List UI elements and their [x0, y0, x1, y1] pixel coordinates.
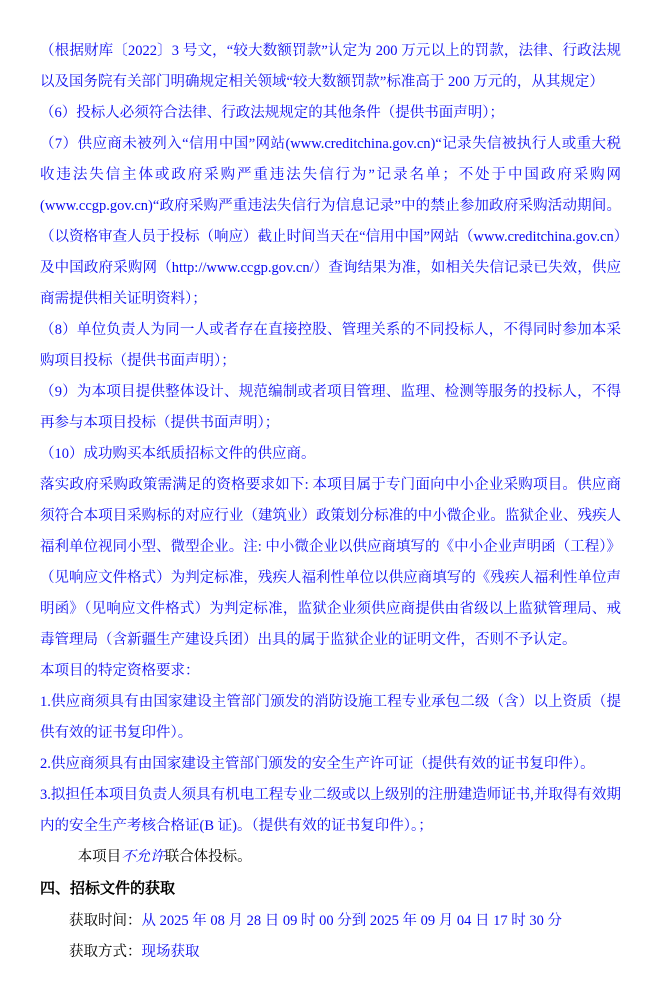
- joint-bid-statement: 本项目不允许联合体投标。: [40, 842, 621, 873]
- joint-bid-prefix: 本项目: [78, 849, 122, 865]
- acquisition-method-value: 现场获取: [142, 944, 200, 960]
- clause-6-other-conditions: （6）投标人必须符合法律、行政法规规定的其他条件（提供书面声明）；: [40, 98, 621, 129]
- joint-bid-not-allowed-emphasis: 不允许: [121, 849, 165, 865]
- requirement-2-safety-production-license: 2.供应商须具有由国家建设主管部门颁发的安全生产许可证（提供有效的证书复印件）。: [40, 749, 621, 780]
- requirement-3-project-manager-certificate: 3.拟担任本项目负责人须具有机电工程专业二级或以上级别的注册建造师证书,并取得有…: [40, 780, 621, 842]
- clause-10-purchased-documents: （10）成功购买本纸质招标文件的供应商。: [40, 439, 621, 470]
- clause-8-same-legal-person: （8）单位负责人为同一人或者存在直接控股、管理关系的不同投标人，不得同时参加本采…: [40, 315, 621, 377]
- paragraph-specific-qualification-title: 本项目的特定资格要求：: [40, 656, 621, 687]
- acquisition-time-value: 从 2025 年 08 月 28 日 09 时 00 分到 2025 年 09 …: [142, 913, 563, 929]
- acquisition-time-line: 获取时间：从 2025 年 08 月 28 日 09 时 00 分到 2025 …: [40, 906, 621, 937]
- paragraph-procurement-policy-requirements: 落实政府采购政策需满足的资格要求如下: 本项目属于专门面向中小企业采购项目。供应…: [40, 470, 621, 656]
- clause-7-credit-china-record: （7）供应商未被列入“信用中国”网站(www.creditchina.gov.c…: [40, 129, 621, 315]
- requirement-1-fire-facility-qualification: 1.供应商须具有由国家建设主管部门颁发的消防设施工程专业承包二级（含）以上资质（…: [40, 687, 621, 749]
- acquisition-time-label: 获取时间：: [69, 913, 142, 929]
- document-page: （根据财库〔2022〕3 号文，“较大数额罚款”认定为 200 万元以上的罚款，…: [0, 0, 657, 986]
- section-heading-document-acquisition: 四、招标文件的获取: [40, 873, 621, 905]
- acquisition-method-label: 获取方式：: [69, 944, 142, 960]
- clause-9-design-supervision-services: （9）为本项目提供整体设计、规范编制或者项目管理、监理、检测等服务的投标人，不得…: [40, 377, 621, 439]
- acquisition-method-line: 获取方式：现场获取: [40, 937, 621, 968]
- paragraph-penalty-definition-note: （根据财库〔2022〕3 号文，“较大数额罚款”认定为 200 万元以上的罚款，…: [40, 36, 621, 98]
- joint-bid-suffix: 联合体投标。: [165, 849, 252, 865]
